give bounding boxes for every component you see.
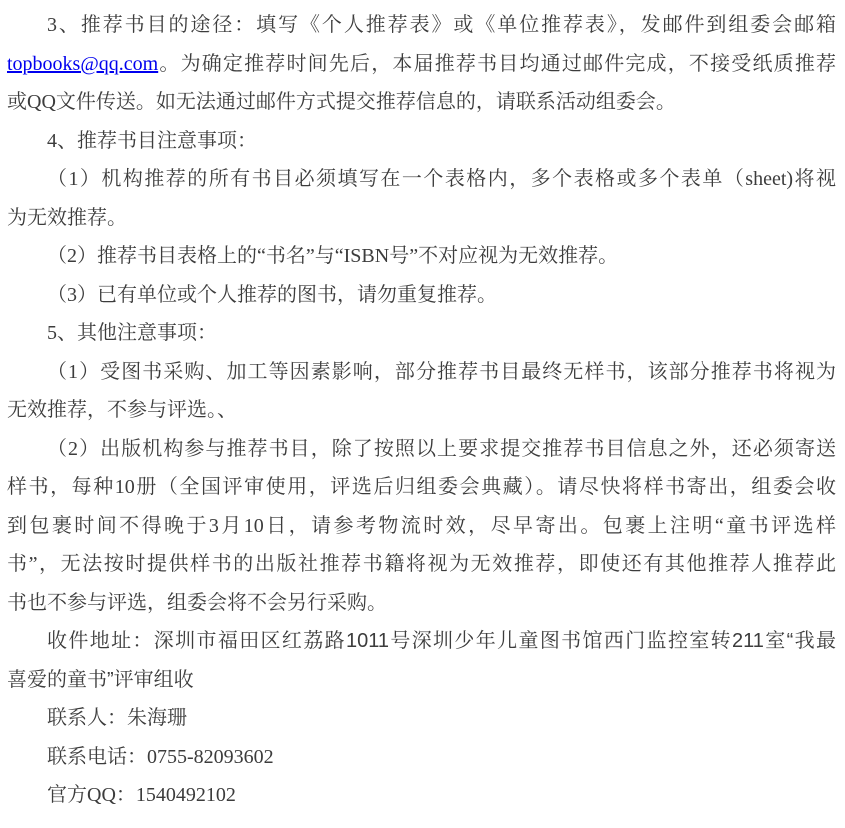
doc-line-note2: （2）推荐书目表格上的“书名”与“ISBN号”不对应视为无效推荐。: [7, 237, 836, 276]
doc-line: 样书，每种10册（全国评审使用，评选后归组委会典藏）。请尽快将样书寄出，组委会收: [7, 468, 836, 507]
doc-line-section5-heading: 5、其他注意事项：: [7, 314, 836, 353]
doc-line: 书”，无法按时提供样书的出版社推荐书籍将视为无效推荐，即使还有其他推荐人推荐此: [7, 545, 836, 584]
document-body: 3、推荐书目的途径：填写《个人推荐表》或《单位推荐表》，发邮件到组委会邮箱 to…: [0, 0, 845, 815]
doc-line-section4-heading: 4、推荐书目注意事项：: [7, 122, 836, 161]
doc-line: 无效推荐，不参与评选。、: [7, 391, 836, 430]
doc-line-note1: （1）机构推荐的所有书目必须填写在一个表格内，多个表格或多个表单（sheet)将…: [7, 160, 836, 199]
doc-line-contact-person: 联系人：朱海珊: [7, 699, 836, 738]
doc-line-note3: （3）已有单位或个人推荐的图书，请勿重复推荐。: [7, 276, 836, 315]
doc-line-mailing-address-2: 喜爱的童书”评审组收: [7, 661, 836, 700]
doc-line: 书也不参与评选，组委会将不会另行采购。: [7, 584, 836, 623]
doc-line: 或QQ文件传送。如无法通过邮件方式提交推荐信息的，请联系活动组委会。: [7, 83, 836, 122]
doc-line-other-note2: （2）出版机构参与推荐书目，除了按照以上要求提交推荐书目信息之外，还必须寄送: [7, 430, 836, 469]
doc-line: 到包裹时间不得晚于3月10日，请参考物流时效，尽早寄出。包裹上注明“童书评选样: [7, 507, 836, 546]
email-link[interactable]: topbooks@qq.com: [7, 53, 158, 75]
doc-line-email-rest: 。为确定推荐时间先后，本届推荐书目均通过邮件完成，不接受纸质推荐: [158, 53, 836, 75]
doc-line-other-note1: （1）受图书采购、加工等因素影响，部分推荐书目最终无样书，该部分推荐书将视为: [7, 353, 836, 392]
doc-line: 为无效推荐。: [7, 199, 836, 238]
document-page: 3、推荐书目的途径：填写《个人推荐表》或《单位推荐表》，发邮件到组委会邮箱 to…: [0, 0, 845, 828]
doc-line-recommend-path: 3、推荐书目的途径：填写《个人推荐表》或《单位推荐表》，发邮件到组委会邮箱: [7, 6, 836, 45]
doc-line-contact-phone: 联系电话：0755-82093602: [7, 738, 836, 777]
doc-line-email: topbooks@qq.com。为确定推荐时间先后，本届推荐书目均通过邮件完成，…: [7, 45, 836, 84]
doc-line-official-qq: 官方QQ：1540492102: [7, 776, 836, 815]
doc-line-mailing-address: 收件地址：深圳市福田区红荔路1011号深圳少年儿童图书馆西门监控室转211室“我…: [7, 622, 836, 661]
